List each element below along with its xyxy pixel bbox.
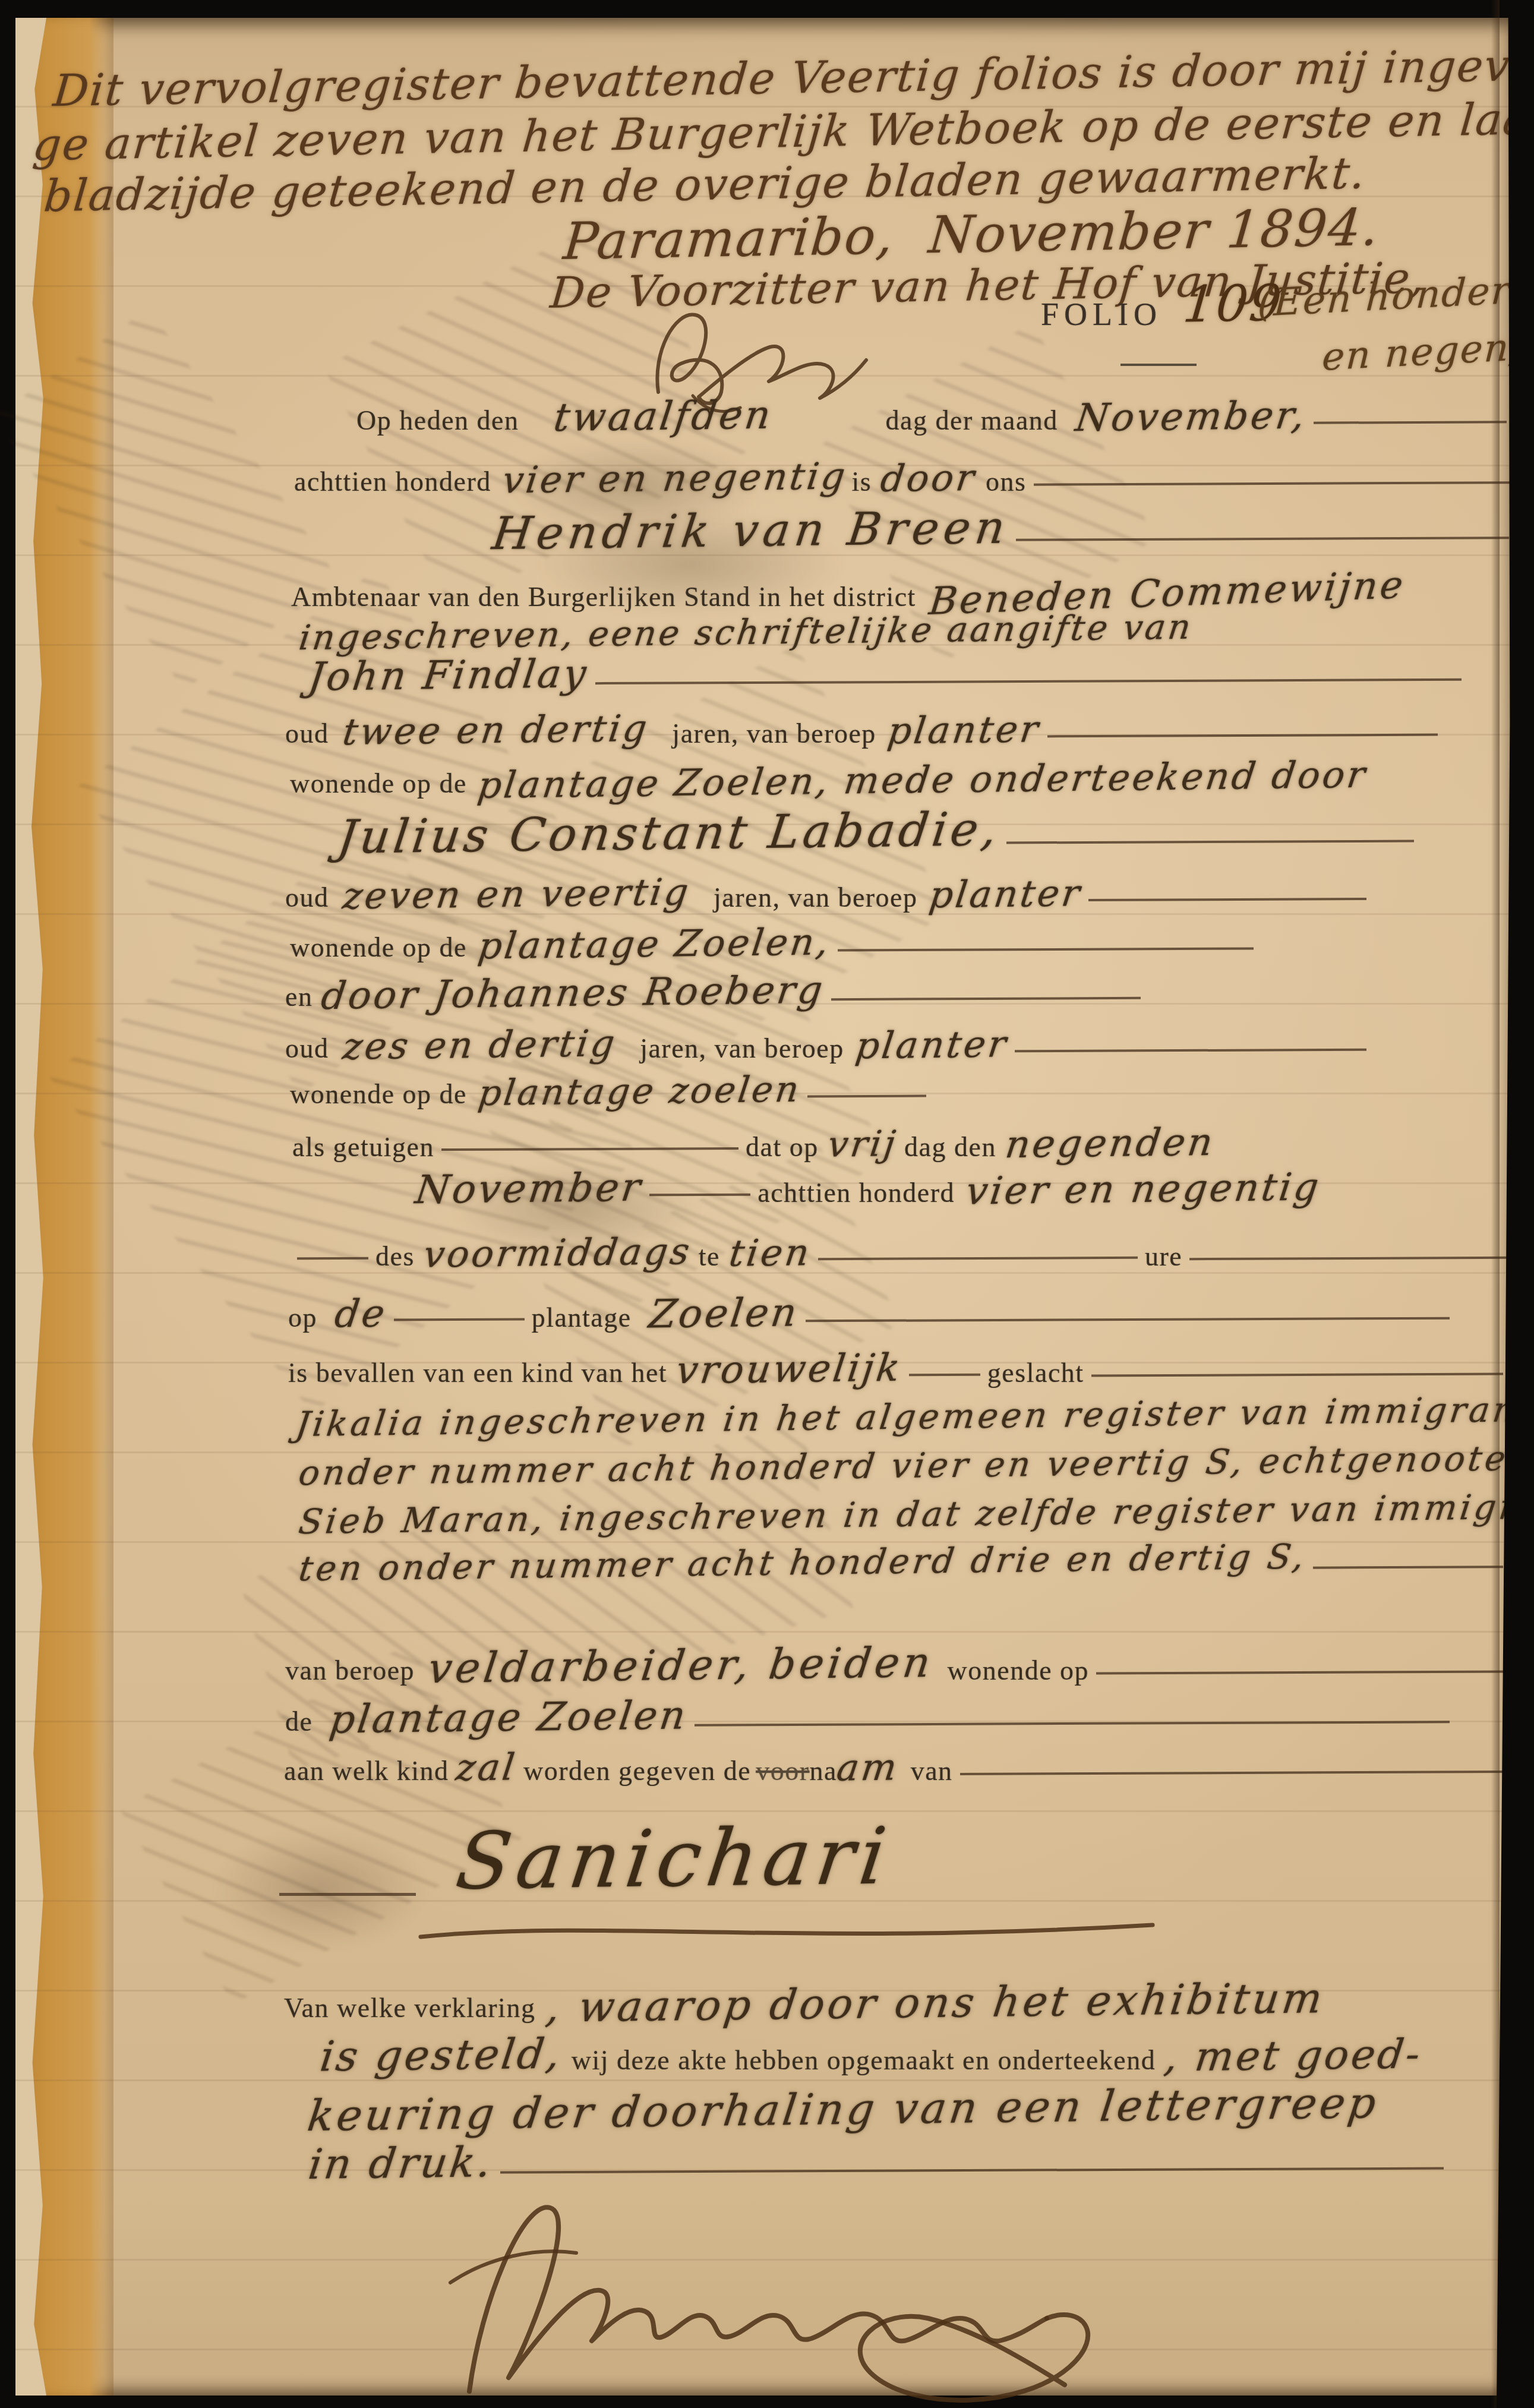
printed-label: te: [699, 1241, 720, 1272]
printed-label: oud: [285, 718, 329, 749]
handwritten-entry: zal: [453, 1745, 519, 1789]
printed-label: jaren, van beroep: [640, 1033, 844, 1064]
printed-label: op: [288, 1302, 317, 1333]
printed-label: en: [285, 981, 313, 1012]
registrar-name-entry: Hendrik van Breen: [490, 501, 1013, 560]
printed-label: wij deze akte hebben opgemaakt en ondert…: [572, 2044, 1156, 2076]
sex-entry: vrouwelijk: [674, 1346, 905, 1393]
printed-label: jaren, van beroep: [714, 882, 918, 913]
printed-label: achttien honderd: [294, 466, 491, 497]
row-day-month: Op heden den twaalfden dag der maand Nov…: [356, 393, 1514, 439]
printed-label: ure: [1145, 1241, 1182, 1272]
age-entry: zeven en veertig: [340, 870, 693, 917]
row-witness2-age: oud zes en dertig jaren, van beroep plan…: [285, 1023, 1374, 1066]
handwritten-entry: keuring der doorhaling van een lettergre…: [305, 2078, 1382, 2141]
folio-underline: [1120, 364, 1197, 366]
printed-label: dag der maand: [886, 405, 1058, 436]
fill-line: [806, 1317, 1450, 1323]
row-witness2-residence: wonende op de plantage zoelen: [290, 1071, 933, 1112]
mother-name-entry: Jikalia ingeschreven in het algemeen reg…: [293, 1388, 1534, 1444]
printed-label: wonende op: [948, 1655, 1090, 1686]
printed-label: oud: [285, 1033, 329, 1064]
age-entry: twee en dertig: [340, 706, 651, 753]
folio-label: FOLIO: [1041, 296, 1162, 333]
printed-label: Van welke verklaring: [284, 1992, 535, 2024]
birth-month-entry: November: [413, 1164, 646, 1213]
printed-label: aan welk kind: [284, 1755, 449, 1787]
fill-line: [1088, 898, 1366, 901]
fill-line: [1189, 1257, 1509, 1260]
row-parents-residence: de plantage Zoelen: [285, 1694, 1457, 1740]
fill-line: [1016, 536, 1509, 541]
fill-line: [1091, 1372, 1503, 1377]
fill-line: [1015, 1049, 1366, 1053]
printed-label: plantage: [532, 1302, 632, 1333]
fill-line: [1096, 1670, 1511, 1674]
row-father-info-2: ten onder nummer acht honderd drie en de…: [300, 1542, 1427, 1583]
handwritten-entry: am: [834, 1745, 901, 1789]
row-witness1-residence: wonende op de plantage Zoelen,: [290, 922, 1261, 965]
printed-label: Ambtenaar van den Burgerlijken Stand in …: [291, 581, 916, 613]
birth-day-entry: negenden: [1003, 1121, 1217, 1167]
occupation-entry: planter: [927, 871, 1084, 916]
day-entry: twaalfden: [551, 392, 776, 440]
printed-label: geslacht: [987, 1357, 1084, 1388]
printed-label: van: [911, 1755, 953, 1787]
row-closing-2: is gesteld, wij deze akte hebben opgemaa…: [321, 2031, 1422, 2079]
printed-label: wonende op de: [290, 768, 467, 799]
fill-line: [1047, 734, 1438, 738]
fill-line: [818, 1257, 1138, 1260]
fill-line: [394, 1318, 525, 1321]
printed-label: des: [375, 1241, 415, 1272]
printed-label: de: [285, 1706, 313, 1737]
fill-line: [909, 1374, 980, 1377]
fill-line: [695, 1721, 1450, 1727]
child-name-underline-flourish: [416, 1912, 1188, 1948]
printed-label: is: [851, 466, 872, 497]
fill-line: [1006, 840, 1414, 844]
row-declarant-residence: wonende op de plantage Zoelen, mede onde…: [290, 758, 1366, 801]
scanned-register-page: Dit vervolgregister bevattende Veertig f…: [0, 0, 1534, 2408]
row-registrar-name: Hendrik van Breen: [493, 504, 1516, 557]
printed-label: wonende op de: [290, 1078, 467, 1110]
printed-label: Op heden den: [356, 405, 519, 436]
row-mother-info-1: Jikalia ingeschreven in het algemeen reg…: [297, 1396, 1534, 1437]
row-child-sex: is bevallen van een kind van het vrouwel…: [288, 1347, 1510, 1391]
handwritten-entry: , waarop door ons het exhibitum: [544, 1974, 1328, 2032]
daypart-entry: voormiddags: [421, 1229, 695, 1276]
witness2-name-entry: door Johannes Roeberg: [319, 968, 828, 1018]
row-birth-time: des voormiddags te tien ure: [297, 1231, 1516, 1274]
printed-label: jaren, van beroep: [672, 718, 876, 749]
row-mother-info-2: onder nummer acht honderd vier en veerti…: [300, 1445, 1534, 1485]
fill-line: [595, 678, 1462, 684]
printed-label: als getuigen: [292, 1131, 434, 1163]
row-witness1-age: oud zeven en veertig jaren, van beroep p…: [285, 872, 1374, 916]
fill-line: [1314, 421, 1507, 424]
residence-entry: plantage Zoelen, mede onderteekend door: [475, 753, 1370, 807]
occupation-entry: veldarbeider, beiden: [425, 1638, 936, 1693]
printed-label: dat op: [746, 1131, 819, 1163]
printed-label: van beroep: [285, 1655, 415, 1686]
fill-line: [838, 947, 1254, 951]
row-closing-3: keuring der doorhaling van een lettergre…: [309, 2084, 1378, 2134]
year-entry: vier en negentig: [500, 454, 850, 501]
fill-line: [649, 1194, 750, 1197]
occupation-entry: planter: [853, 1022, 1011, 1067]
printed-label: worden gegeven de: [523, 1755, 751, 1787]
handwritten-entry: is gesteld,: [317, 2030, 565, 2081]
certification-note-line1: Dit vervolgregister bevattende Veertig f…: [55, 52, 1534, 103]
handwritten-entry: ingeschreven, eene schriftelijke aangift…: [296, 607, 1195, 658]
fill-line: [807, 1095, 926, 1098]
child-name-entry: Sanichari: [452, 1811, 897, 1908]
row-declaration: ingeschreven, eene schriftelijke aangift…: [300, 612, 1192, 652]
fill-line: [1033, 481, 1509, 485]
fill-line: [831, 997, 1141, 1001]
declarant-name-entry: John Findlay: [306, 651, 591, 700]
row-witness2-name: en door Johannes Roeberg: [285, 971, 1148, 1015]
printed-label: ons: [986, 466, 1026, 497]
age-entry: zes en dertig: [340, 1021, 619, 1068]
occupation-entry: planter: [885, 707, 1043, 752]
row-witness1-name: Julius Constant Labadie,: [339, 807, 1421, 860]
row-child-name-intro: aan welk kind zal worden gegeven de voor…: [284, 1746, 1516, 1789]
row-birth-month-year: November achttien honderd vier en negent…: [416, 1166, 1463, 1211]
handwritten-entry: ten onder nummer acht honderd drie en de…: [296, 1536, 1309, 1589]
witness1-name-entry: Julius Constant Labadie,: [334, 803, 1003, 864]
row-closing-1: Van welke verklaring , waarop door ons h…: [284, 1978, 1324, 2027]
residence-entry: plantage Zoelen,: [476, 920, 834, 967]
row-child-name: Sanichari: [457, 1813, 891, 1905]
father-name-entry: Sieb Maran, ingeschreven in dat zelfde r…: [296, 1486, 1534, 1542]
fill-line: [960, 1771, 1509, 1775]
hour-entry: tien: [727, 1230, 814, 1275]
fill-line: [441, 1147, 738, 1151]
row-parents-occupation: van beroep veldarbeider, beiden wonende …: [285, 1641, 1519, 1690]
printed-label: dag den: [904, 1131, 996, 1163]
row-declarant-name: John Findlay: [309, 652, 1469, 698]
birth-year-entry: vier en negentig: [964, 1165, 1324, 1213]
handwritten-entry: , met goed-: [1162, 2031, 1425, 2081]
row-declarant-age: oud twee en dertig jaren, van beroep pla…: [285, 708, 1445, 752]
printed-label: is bevallen van een kind van het: [288, 1357, 667, 1388]
month-entry: November,: [1073, 394, 1309, 441]
name-leading-dash: [279, 1893, 416, 1896]
weekday-entry: vrij: [825, 1123, 900, 1165]
printed-label: oud: [285, 882, 329, 913]
residence-entry: plantage Zoelen: [327, 1692, 691, 1742]
plantation-entry: Zoelen: [646, 1289, 802, 1337]
struck-printed-syllable: voor: [756, 1755, 809, 1787]
row-birth-place: op de plantage Zoelen: [288, 1290, 1457, 1336]
row-witnesses-birthday: als getuigen dat op vrij dag den negende…: [292, 1122, 1214, 1166]
fill-line: [297, 1257, 368, 1260]
printed-label: wonende op de: [290, 932, 467, 963]
row-father-info-1: Sieb Maran, ingeschreven in dat zelfde r…: [300, 1494, 1534, 1534]
printed-label: na: [809, 1755, 837, 1787]
page-edge-shadow: [1491, 0, 1500, 2408]
printed-label: achttien honderd: [757, 1177, 955, 1208]
handwritten-entry: door: [878, 456, 979, 500]
registrar-signature: [380, 2163, 1164, 2406]
row-year: achttien honderd vier en negentig is doo…: [294, 456, 1516, 500]
residence-entry: plantage zoelen: [476, 1069, 803, 1115]
handwritten-entry: de: [332, 1292, 389, 1336]
row-district: Ambtenaar van den Burgerlijken Stand in …: [291, 572, 1404, 616]
handwritten-entry: onder nummer acht honderd vier en veerti…: [296, 1437, 1534, 1494]
